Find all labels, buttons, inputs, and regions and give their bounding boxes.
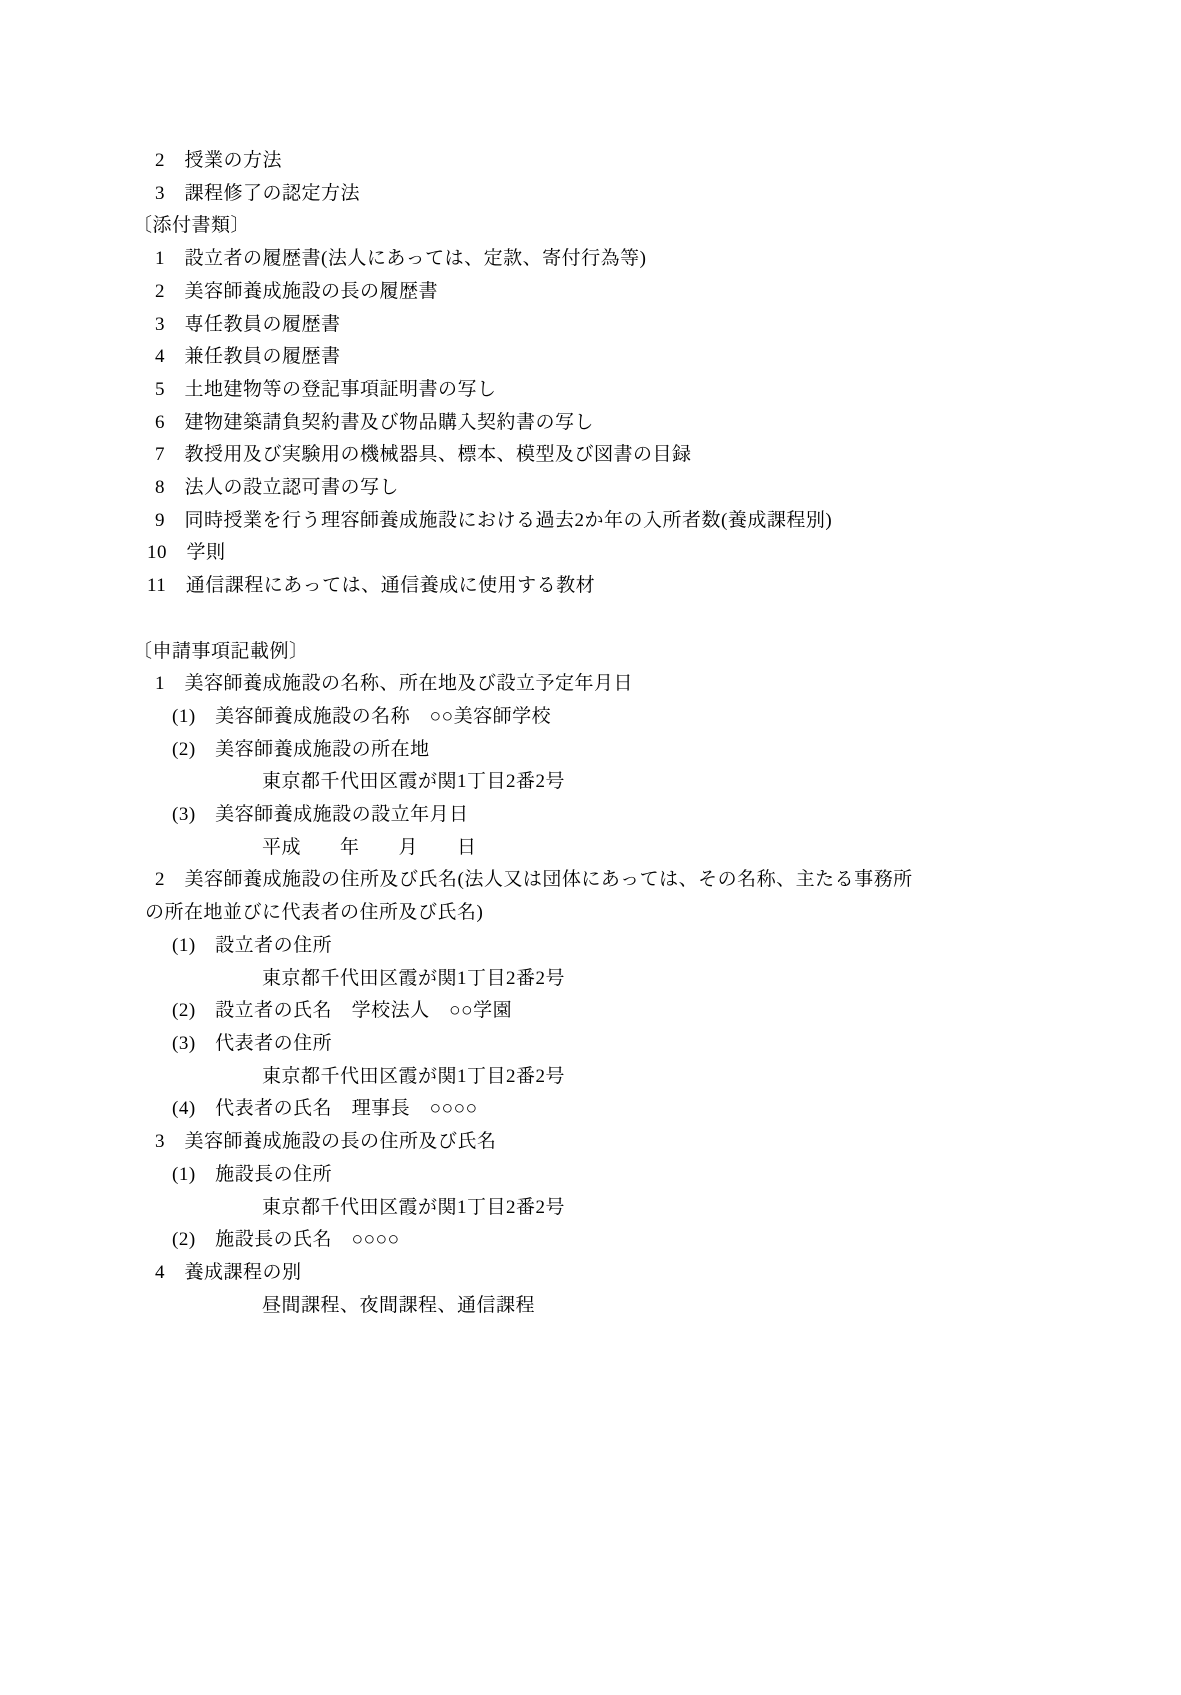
text-line: 9 同時授業を行う理容師養成施設における過去2か年の入所者数(養成課程別) (0, 505, 1181, 538)
text-line: 3 美容師養成施設の長の住所及び氏名 (0, 1126, 1181, 1159)
document-page: 2 授業の方法3 課程修了の認定方法〔添付書類〕1 設立者の履歴書(法人にあって… (0, 0, 1181, 1695)
text-line: 東京都千代田区霞が関1丁目2番2号 (0, 766, 1181, 799)
text-line: (3) 美容師養成施設の設立年月日 (0, 799, 1181, 832)
text-line: 東京都千代田区霞が関1丁目2番2号 (0, 1192, 1181, 1225)
text-line: (1) 美容師養成施設の名称 ○○美容師学校 (0, 701, 1181, 734)
text-line (0, 603, 1181, 636)
text-line: の所在地並びに代表者の住所及び氏名) (0, 897, 1181, 930)
text-line: (2) 美容師養成施設の所在地 (0, 734, 1181, 767)
text-line: 2 美容師養成施設の住所及び氏名(法人又は団体にあっては、その名称、主たる事務所 (0, 864, 1181, 897)
section-heading: 〔添付書類〕 (0, 210, 1181, 243)
text-line: 7 教授用及び実験用の機械器具、標本、模型及び図書の目録 (0, 439, 1181, 472)
text-line: (3) 代表者の住所 (0, 1028, 1181, 1061)
text-line: (2) 施設長の氏名 ○○○○ (0, 1224, 1181, 1257)
text-line: (2) 設立者の氏名 学校法人 ○○学園 (0, 995, 1181, 1028)
text-line: 5 土地建物等の登記事項証明書の写し (0, 374, 1181, 407)
text-line: (4) 代表者の氏名 理事長 ○○○○ (0, 1093, 1181, 1126)
text-line: 6 建物建築請負契約書及び物品購入契約書の写し (0, 407, 1181, 440)
document-body: 2 授業の方法3 課程修了の認定方法〔添付書類〕1 設立者の履歴書(法人にあって… (0, 0, 1181, 1322)
text-line: 3 専任教員の履歴書 (0, 309, 1181, 342)
section-heading: 〔申請事項記載例〕 (0, 636, 1181, 669)
text-line: (1) 施設長の住所 (0, 1159, 1181, 1192)
text-line: 東京都千代田区霞が関1丁目2番2号 (0, 963, 1181, 996)
text-line: (1) 設立者の住所 (0, 930, 1181, 963)
text-line: 平成 年 月 日 (0, 832, 1181, 865)
text-line: 2 授業の方法 (0, 145, 1181, 178)
text-line: 2 美容師養成施設の長の履歴書 (0, 276, 1181, 309)
text-line: 10 学則 (0, 537, 1181, 570)
text-line: 東京都千代田区霞が関1丁目2番2号 (0, 1061, 1181, 1094)
text-line: 4 兼任教員の履歴書 (0, 341, 1181, 374)
text-line: 昼間課程、夜間課程、通信課程 (0, 1290, 1181, 1323)
text-line: 11 通信課程にあっては、通信養成に使用する教材 (0, 570, 1181, 603)
text-line: 1 設立者の履歴書(法人にあっては、定款、寄付行為等) (0, 243, 1181, 276)
text-line: 3 課程修了の認定方法 (0, 178, 1181, 211)
text-line: 4 養成課程の別 (0, 1257, 1181, 1290)
text-line: 1 美容師養成施設の名称、所在地及び設立予定年月日 (0, 668, 1181, 701)
text-line: 8 法人の設立認可書の写し (0, 472, 1181, 505)
